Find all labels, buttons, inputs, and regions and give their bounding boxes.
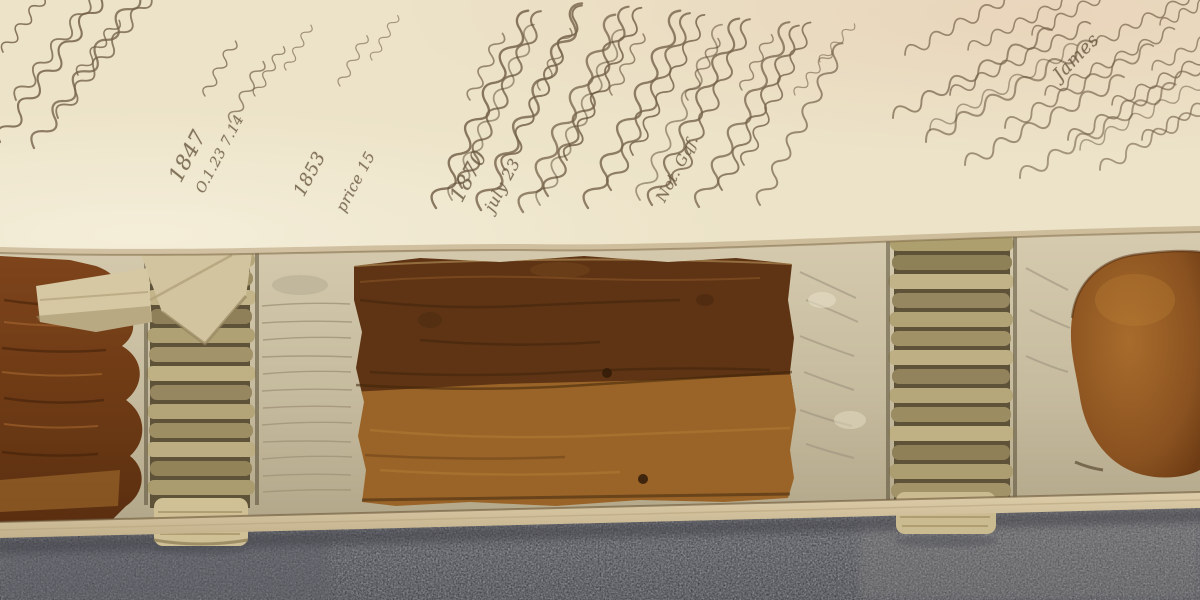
- leather-panel-center: [350, 250, 800, 512]
- book-cover-parchment: [0, 0, 1200, 260]
- photo-old-book-spine: 1847 O.1.23 7.14 1853 price 15 1870 july…: [0, 0, 1200, 600]
- photo-painting: [0, 0, 1200, 600]
